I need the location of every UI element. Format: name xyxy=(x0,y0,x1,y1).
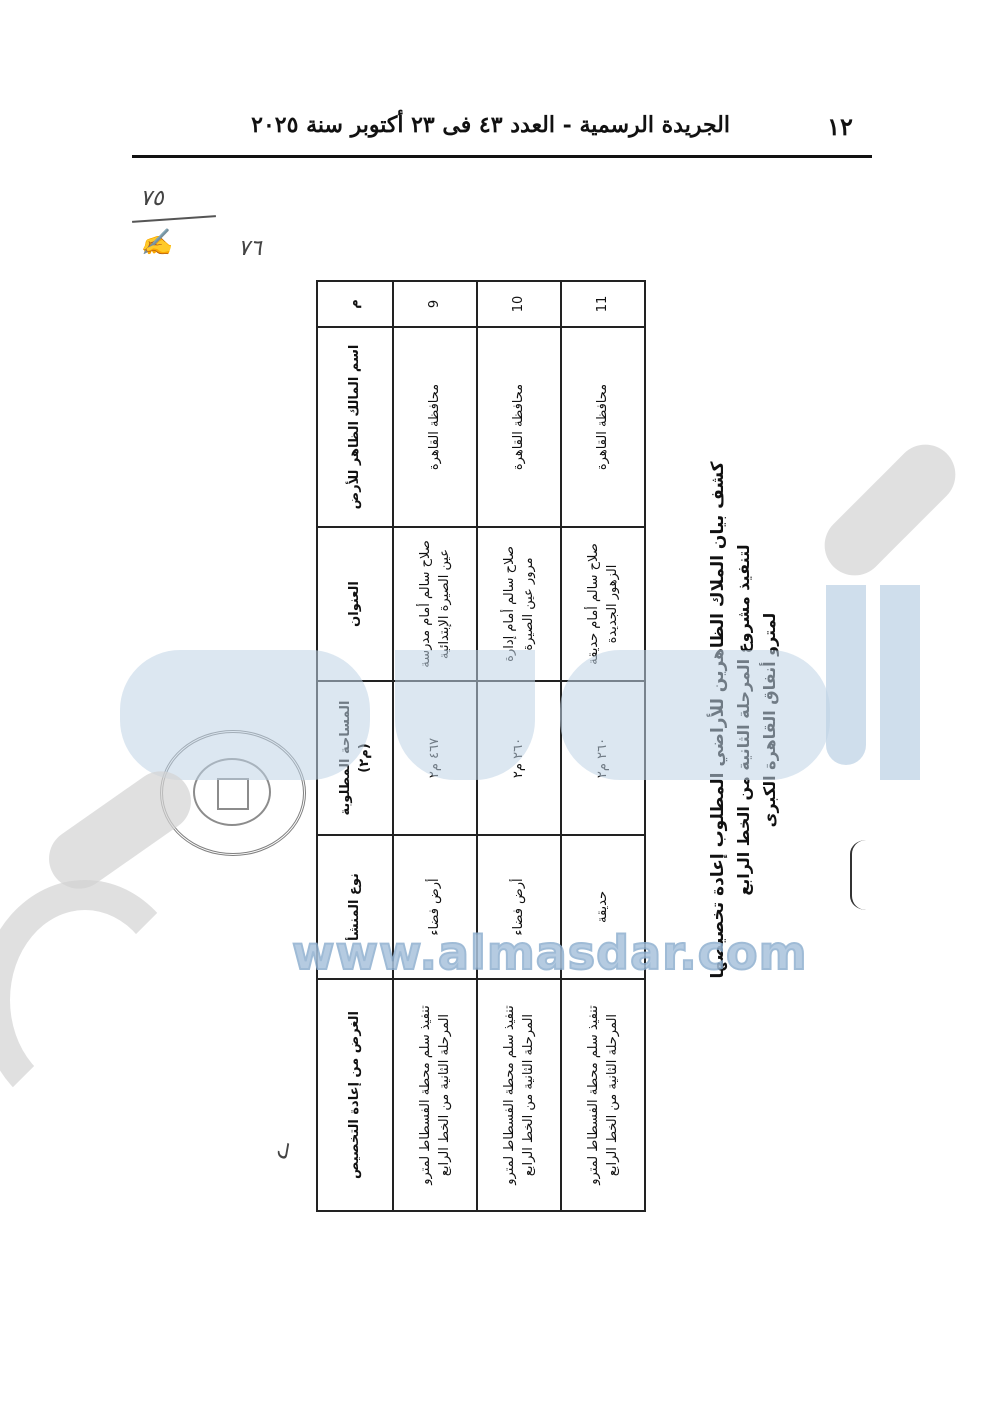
land-table-container: م اسم المالك الظاهر للأرض العنوان المساح… xyxy=(316,280,646,1212)
handwritten-marks: ٧٦ xyxy=(238,236,262,261)
document-title: كشف بيان الملاك الظاهرين للأراضي المطلوب… xyxy=(705,460,845,980)
cell-num: 10 xyxy=(477,281,561,327)
handwritten-fraction: ٧٥ xyxy=(140,186,164,211)
handwritten-line xyxy=(132,215,216,223)
col-header-address: العنوان xyxy=(317,527,393,681)
title-line-2: لتنفيذ مشروع المرحلة الثانية من الخط الر… xyxy=(731,460,757,980)
title-line-1: كشف بيان الملاك الظاهرين للأراضي المطلوب… xyxy=(705,460,731,980)
watermark-logo-bar xyxy=(880,585,920,780)
handwritten-signature: ✍ xyxy=(140,228,172,258)
cell-owner: محافظة القاهرة xyxy=(561,327,645,527)
col-header-num: م xyxy=(317,281,393,327)
table-row: 11 محافظة القاهرة صلاح سالم أمام حديقة ا… xyxy=(561,281,645,1211)
header-rule xyxy=(132,155,872,158)
handwritten-initial: ᓚ xyxy=(267,1139,295,1162)
cell-owner: محافظة القاهرة xyxy=(393,327,477,527)
gazette-header-title: الجريدة الرسمية - العدد ٤٣ فى ٢٣ أكتوبر … xyxy=(250,112,730,138)
watermark-url: www.almasdar.com xyxy=(292,926,808,980)
bracket-mark xyxy=(850,840,882,910)
watermark-swoosh xyxy=(0,880,190,1120)
cell-address: صلاح سالم أمام إدارة مرور عين الصيرة xyxy=(477,527,561,681)
table-row: 9 محافظة القاهرة صلاح سالم أمام مدرسة عي… xyxy=(393,281,477,1211)
cell-owner: محافظة القاهرة xyxy=(477,327,561,527)
cell-area: ٢٦٠ م٢ xyxy=(477,681,561,835)
page-number: ١٢ xyxy=(820,112,860,141)
cell-purpose: تنفيذ سلم محطة الفسطاط لمترو المرحلة الث… xyxy=(477,979,561,1211)
table-row: 10 محافظة القاهرة صلاح سالم أمام إدارة م… xyxy=(477,281,561,1211)
col-header-area: المساحة المطلوبة (م٢) xyxy=(317,681,393,835)
cell-area: ٤٦٧ م٢ xyxy=(393,681,477,835)
cell-area: ٢٦٠ م٢ xyxy=(561,681,645,835)
table-header-row: م اسم المالك الظاهر للأرض العنوان المساح… xyxy=(317,281,393,1211)
col-header-owner: اسم المالك الظاهر للأرض xyxy=(317,327,393,527)
col-header-purpose: الغرض من إعادة التخصيص xyxy=(317,979,393,1211)
seal-inner-ring xyxy=(193,758,271,826)
cell-address: صلاح سالم أمام حديقة الزهور الجديدة xyxy=(561,527,645,681)
cell-address: صلاح سالم أمام مدرسة عين الصيرة الإبتدائ… xyxy=(393,527,477,681)
land-table: م اسم المالك الظاهر للأرض العنوان المساح… xyxy=(316,280,646,1212)
eagle-emblem-icon xyxy=(217,778,249,810)
cell-purpose: تنفيذ سلم محطة الفسطاط لمترو المرحلة الث… xyxy=(393,979,477,1211)
title-line-3: لمترو أنفاق القاهرة الكبرى xyxy=(757,460,783,980)
cell-purpose: تنفيذ سلم محطة الفسطاط لمترو المرحلة الث… xyxy=(561,979,645,1211)
official-seal-stamp xyxy=(160,730,306,856)
cell-num: 9 xyxy=(393,281,477,327)
cell-num: 11 xyxy=(561,281,645,327)
